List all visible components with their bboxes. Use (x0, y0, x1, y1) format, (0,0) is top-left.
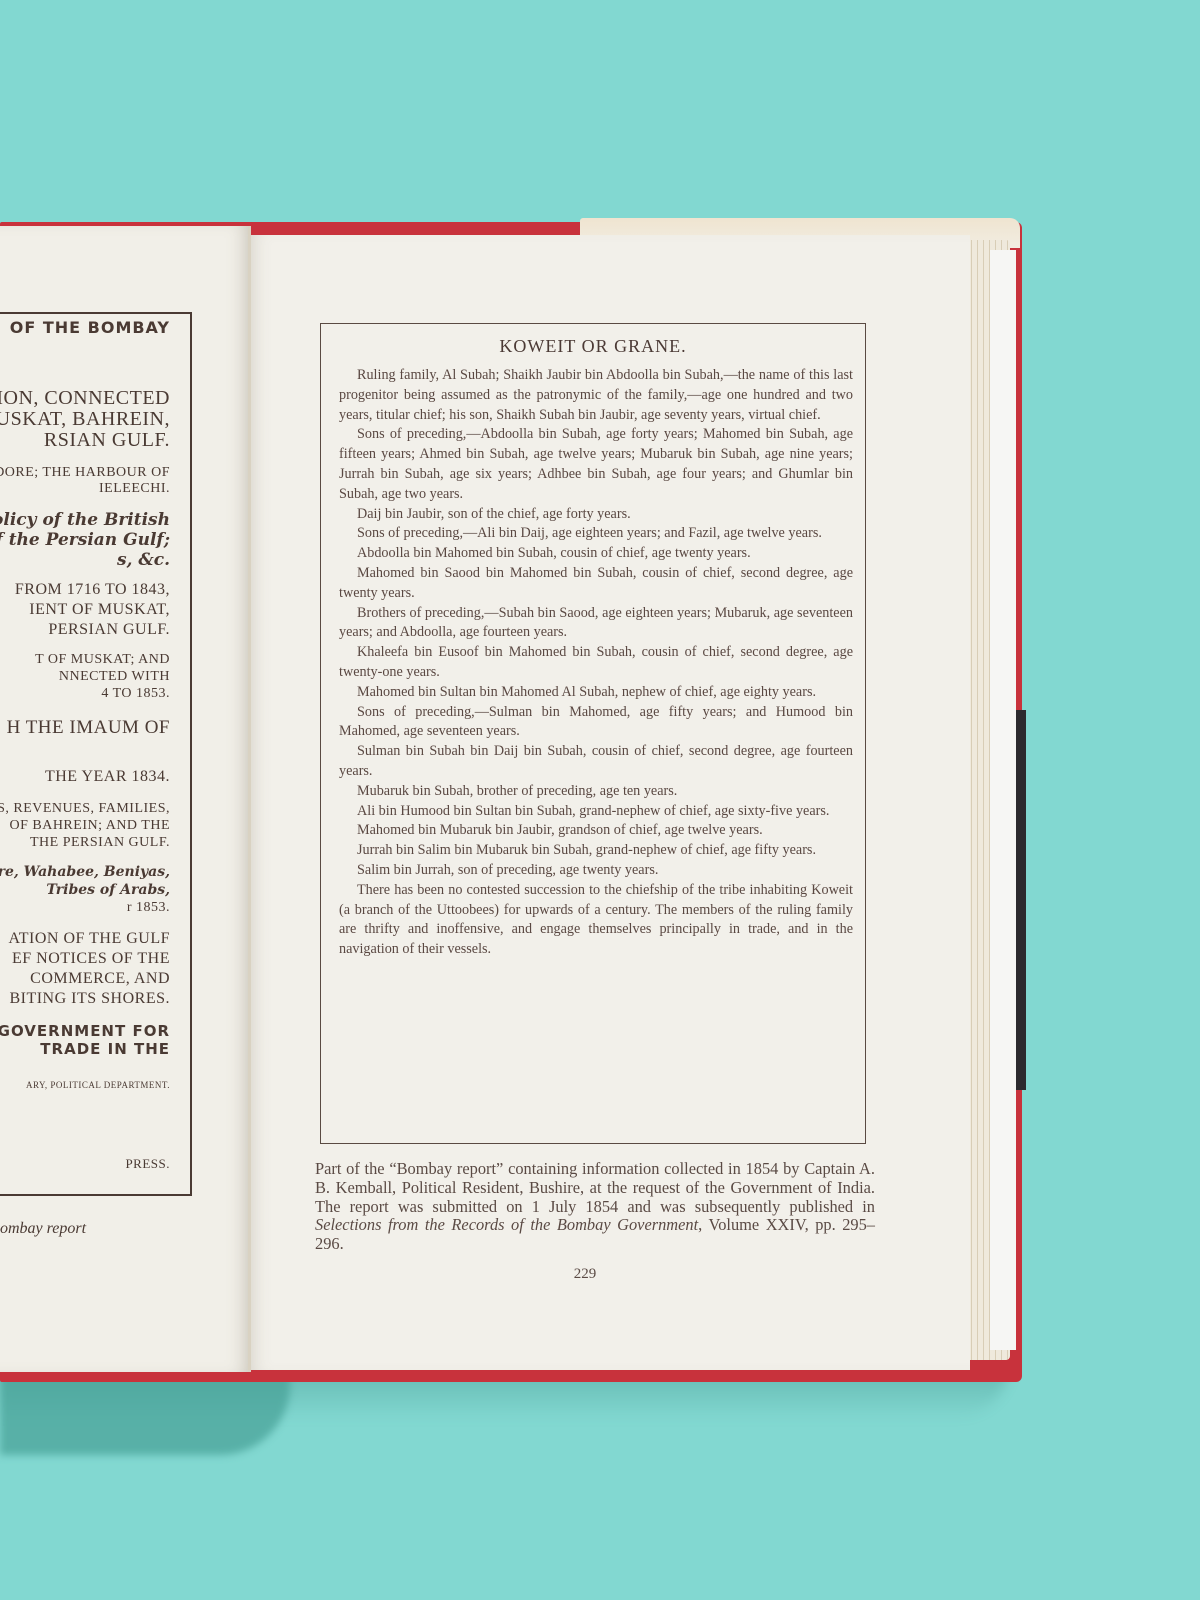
footer-note: Part of the “Bombay report” containing i… (315, 1160, 875, 1254)
left-page-line: FROM 1716 TO 1843, (0, 581, 170, 599)
left-page-line: NNECTED WITH (0, 669, 170, 685)
left-page-line: Policy of the British (0, 510, 170, 530)
left-page-line: OF BAHREIN; AND THE (0, 818, 170, 834)
left-page-line: s, &c. (0, 550, 170, 570)
paragraph: Jurrah bin Salim bin Mubaruk bin Subah, … (339, 841, 853, 861)
paragraph: Khaleefa bin Eusoof bin Mahomed bin Suba… (339, 643, 853, 683)
paragraph: Mahomed bin Sultan bin Mahomed Al Subah,… (339, 683, 853, 703)
paragraph: Ruling family, Al Subah; Shaikh Jaubir b… (339, 366, 853, 425)
paragraph: Daij bin Jaubir, son of the chief, age f… (339, 505, 853, 525)
left-page-line: DORE; THE HARBOUR OF (0, 465, 170, 481)
paragraph: Sulman bin Subah bin Daij bin Subah, cou… (339, 742, 853, 782)
left-page-line: IELEECHI. (0, 481, 170, 497)
paragraph: Ali bin Humood bin Sultan bin Subah, gra… (339, 802, 853, 822)
left-page-line: f the Persian Gulf; (0, 530, 170, 550)
paragraph: There has been no contested succession t… (339, 881, 853, 960)
left-page-line: ARY, POLITICAL DEPARTMENT. (0, 1080, 170, 1090)
footer-note-publication-title: Selections from the Records of the Bomba… (315, 1215, 698, 1234)
koweit-text-box: KOWEIT OR GRANE. Ruling family, Al Subah… (320, 323, 866, 1144)
left-page-line: re, Wahabee, Beniyas, (0, 864, 170, 880)
box-body: Ruling family, Al Subah; Shaikh Jaubir b… (339, 366, 853, 960)
left-page-line: ATION OF THE GULF (0, 930, 170, 948)
paragraph: Mahomed bin Saood bin Mahomed bin Subah,… (339, 564, 853, 604)
left-page-caption: ombay report (0, 1220, 86, 1238)
paragraph: Sons of preceding,—Ali bin Daij, age eig… (339, 524, 853, 544)
left-page-line: Tribes of Arabs, (0, 882, 170, 898)
left-page-line: IENT OF MUSKAT, (0, 601, 170, 619)
book-gutter (248, 226, 251, 1372)
paragraph: Brothers of preceding,—Subah bin Saood, … (339, 604, 853, 644)
left-page-line: COMMERCE, AND (0, 970, 170, 988)
left-page-line: 4 TO 1853. (0, 686, 170, 702)
left-page-line: MUSKAT, BAHREIN, (0, 408, 170, 431)
paragraph: Sons of preceding,—Sulman bin Mahomed, a… (339, 703, 853, 743)
paragraph: Mubaruk bin Subah, brother of preceding,… (339, 782, 853, 802)
left-page-line: PRESS. (0, 1156, 170, 1172)
left-page-line: T OF MUSKAT; AND (0, 652, 170, 668)
paragraph: Salim bin Jurrah, son of preceding, age … (339, 861, 853, 881)
left-page-line: S, REVENUES, FAMILIES, (0, 801, 170, 817)
left-page-line: r 1853. (0, 900, 170, 916)
left-page-line: H THE IMAUM OF (0, 717, 170, 739)
left-page-line: GOVERNMENT FOR (0, 1022, 170, 1040)
left-page-line: OF THE BOMBAY (0, 318, 170, 337)
page-number: 229 (0, 1266, 1170, 1283)
left-page-line: TRADE IN THE (0, 1040, 170, 1058)
left-page-line: THE YEAR 1834. (0, 768, 170, 786)
left-page-line: THE PERSIAN GULF. (0, 835, 170, 851)
left-page-line: RSIAN GULF. (0, 429, 170, 452)
paragraph: Mahomed bin Mubaruk bin Jaubir, grandson… (339, 821, 853, 841)
left-page-line: PERSIAN GULF. (0, 621, 170, 639)
left-page-line: TION, CONNECTED (0, 387, 170, 410)
box-title: KOWEIT OR GRANE. (321, 336, 865, 357)
paragraph: Abdoolla bin Mahomed bin Subah, cousin o… (339, 544, 853, 564)
page-stack-white-sheet (990, 250, 1016, 1350)
footer-note-text: Part of the “Bombay report” containing i… (315, 1159, 875, 1216)
left-page-line: EF NOTICES OF THE (0, 950, 170, 968)
left-page-line: BITING ITS SHORES. (0, 990, 170, 1008)
paragraph: Sons of preceding,—Abdoolla bin Subah, a… (339, 425, 853, 504)
